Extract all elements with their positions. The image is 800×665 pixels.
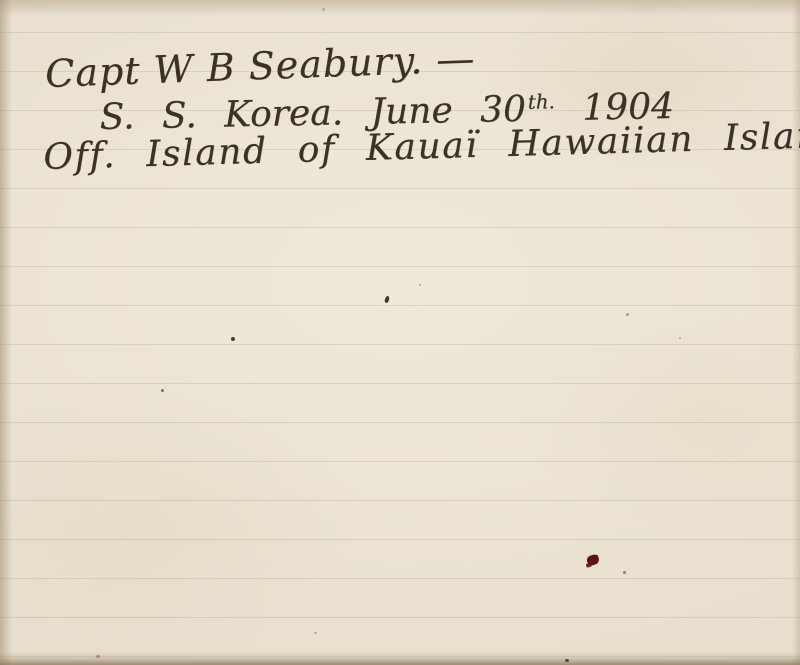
captain-name-text: Capt W B Seabury. —: [44, 36, 476, 96]
journal-page: Capt W B Seabury. — S. S. Korea. June 30…: [0, 0, 800, 665]
paper-speck: [419, 284, 421, 286]
paper-speck: [623, 571, 626, 574]
paper-speck: [565, 659, 569, 662]
paper-speck: [679, 337, 681, 339]
paper-speck: [231, 337, 235, 341]
handwritten-line-captain: Capt W B Seabury. —: [44, 36, 476, 96]
date-ordinal-superscript: th.: [528, 90, 555, 114]
paper-speck: [161, 389, 164, 392]
page-edge-bottom: [0, 651, 800, 665]
page-edge-right: [792, 0, 800, 665]
paper-speck: [314, 632, 317, 634]
page-edge-top: [0, 0, 800, 16]
ink-stain: [586, 554, 600, 567]
paper-speck: [384, 296, 390, 304]
page-edge-left: [0, 0, 12, 665]
paper-speck: [96, 655, 100, 658]
paper-speck: [626, 313, 629, 316]
paper-speck: [322, 8, 325, 11]
